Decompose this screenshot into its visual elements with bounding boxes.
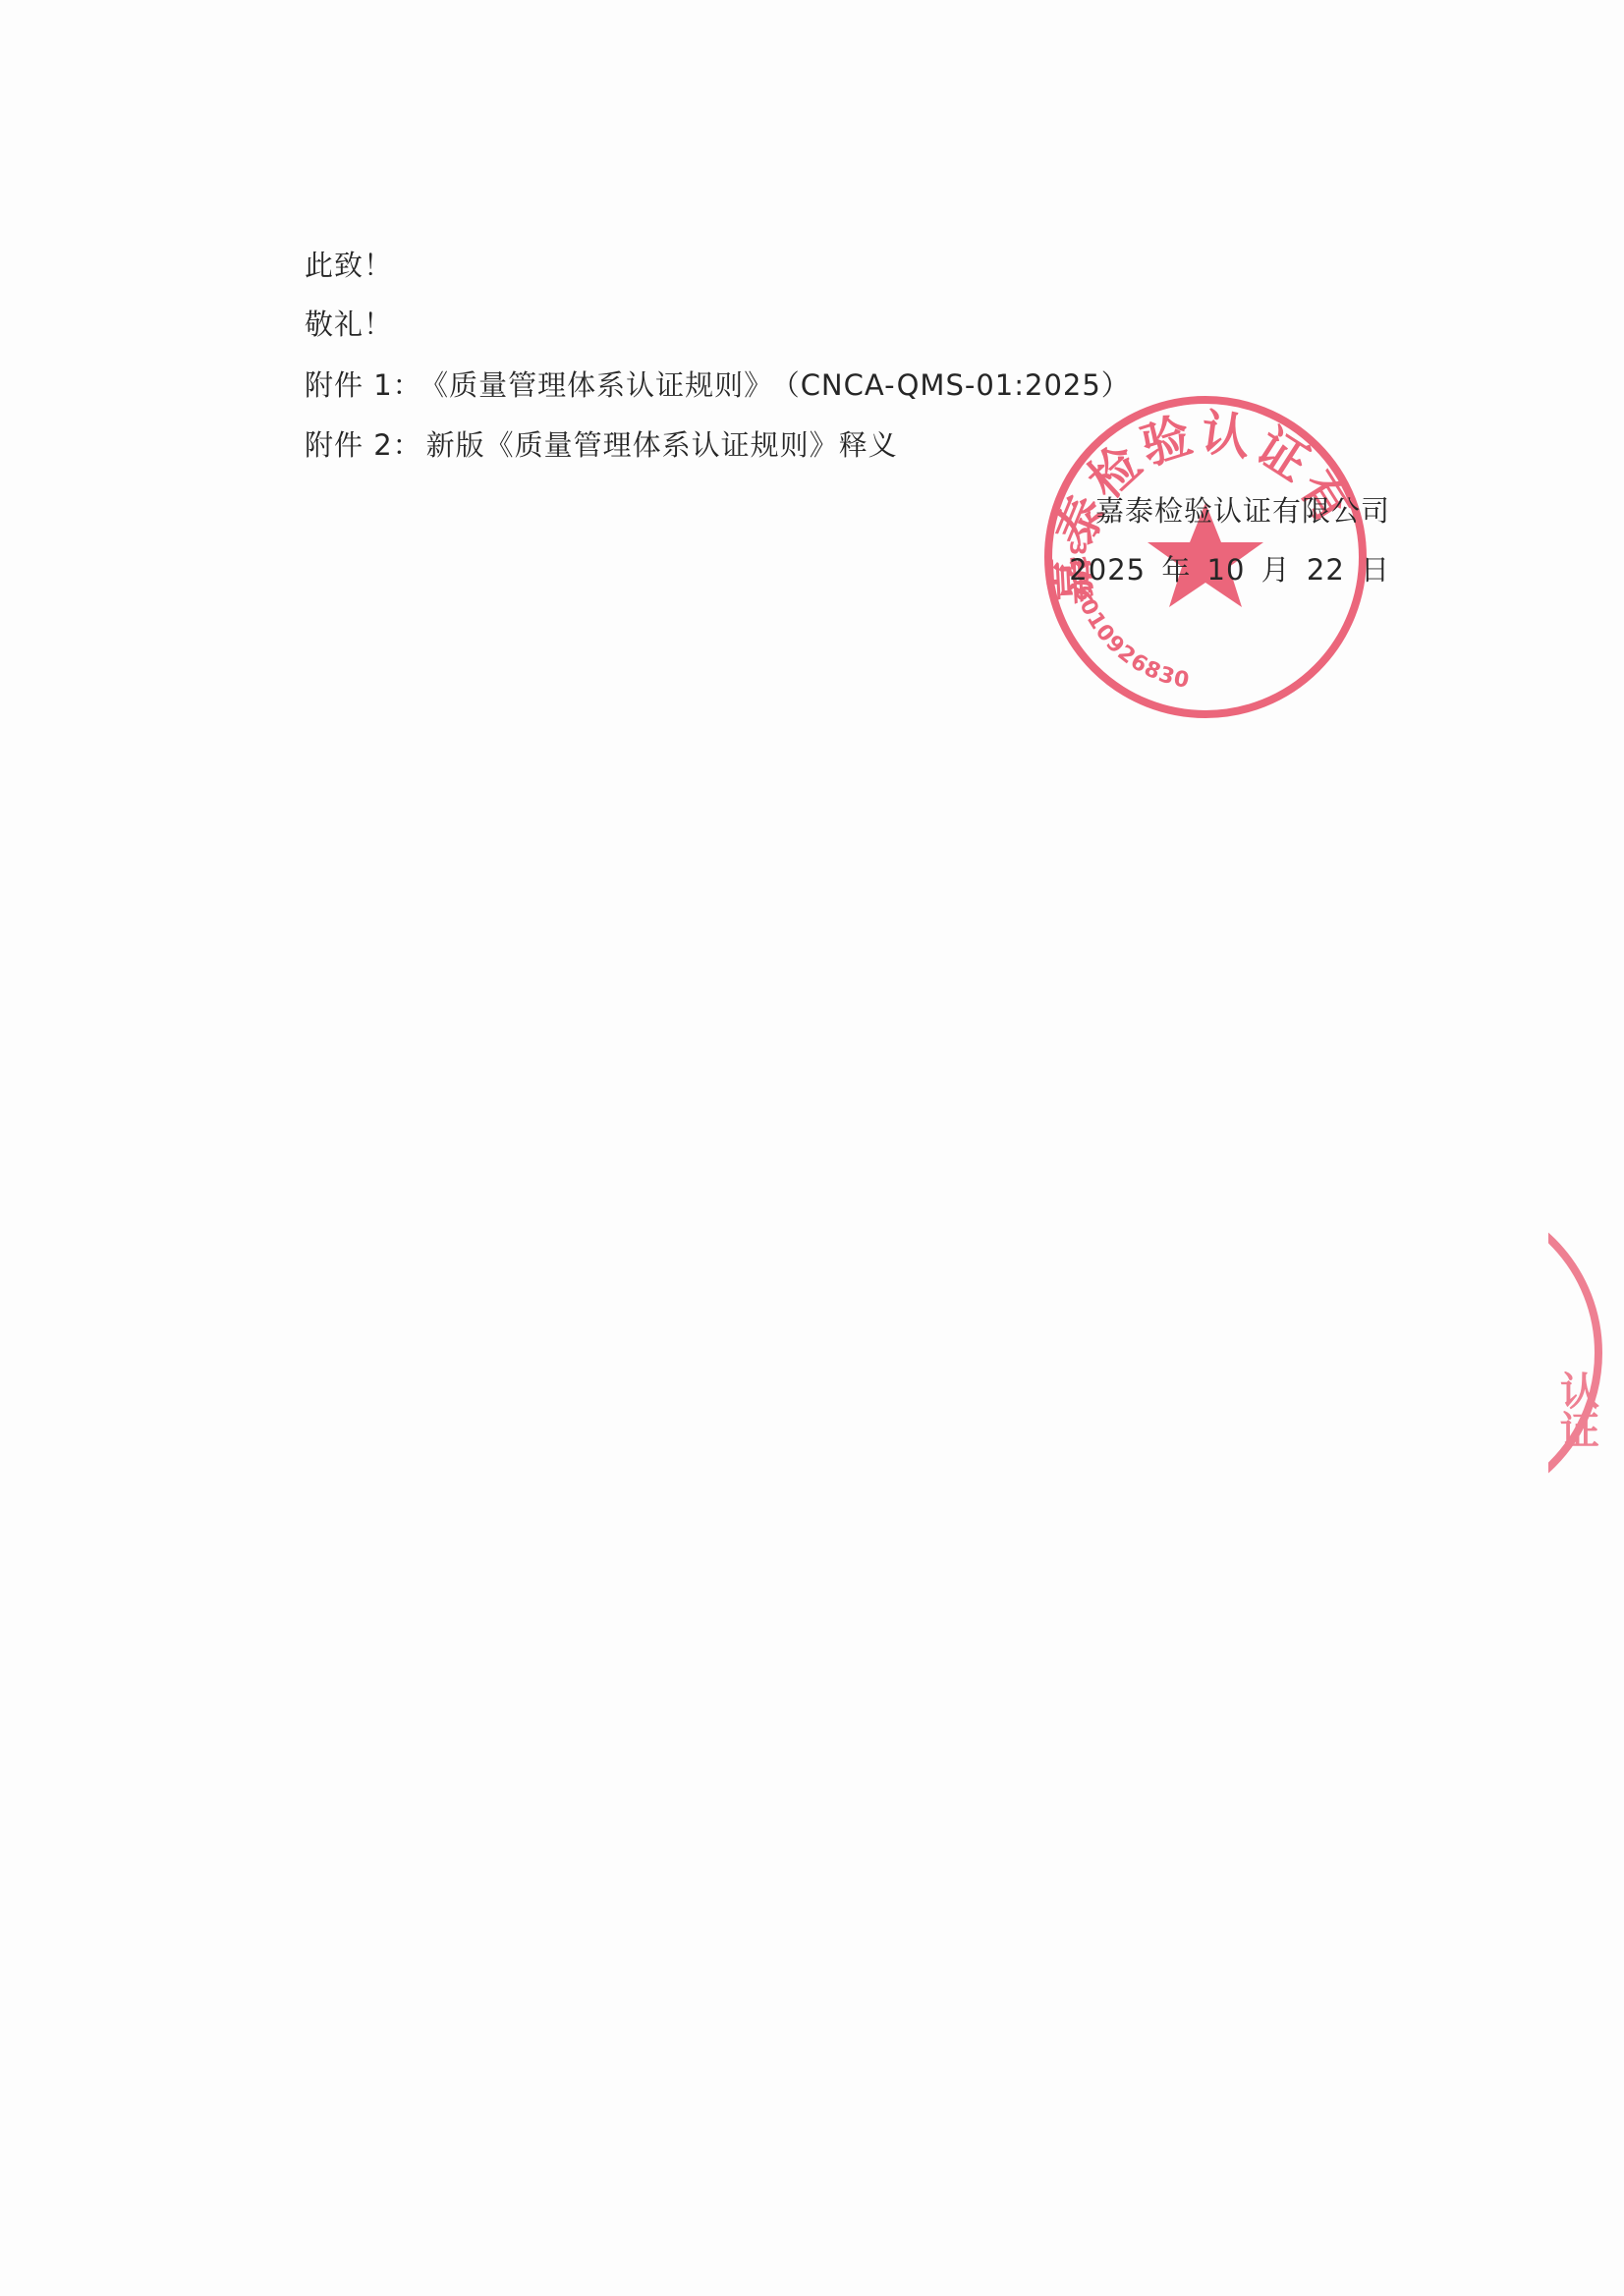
attachment-1-label: 附件 1： [305, 368, 422, 402]
document-page: 此致！ 敬礼！ 附件 1：《质量管理体系认证规则》（CNCA-QMS-01:20… [0, 0, 1624, 2296]
attachment-1-title: 《质量管理体系认证规则》 [434, 368, 774, 402]
edge-seal-graphic: 认证 [1548, 1218, 1605, 1493]
edge-seal: 认证 [1548, 1218, 1605, 1493]
edge-seal-text: 认证 [1554, 1371, 1600, 1449]
signature-company: 嘉泰检验认证有限公司 [1095, 493, 1390, 529]
attachment-1: 附件 1：《质量管理体系认证规则》（CNCA-QMS-01:2025） [305, 367, 1131, 403]
attachment-1-code: （CNCA-QMS-01:2025） [785, 368, 1131, 402]
closing-salutation: 此致！ [305, 248, 393, 283]
attachment-2-label: 附件 2： [305, 428, 422, 462]
attachment-2: 附件 2：新版《质量管理体系认证规则》释义 [305, 427, 898, 463]
attachment-2-title: 新版《质量管理体系认证规则》释义 [426, 428, 898, 462]
edge-seal-clip: 认证 [1548, 1218, 1624, 1493]
signature-date: 2025 年 10 月 22 日 [1069, 552, 1390, 588]
closing-regards: 敬礼！ [305, 307, 393, 342]
